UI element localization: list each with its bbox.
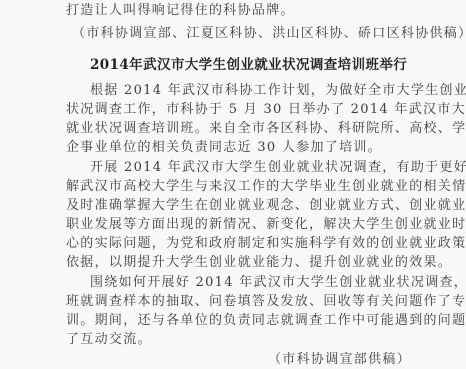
- paragraph-1-line-3: 就业状况调查培训班。来自全市各区科协、科研院所、高校、学会、: [66, 120, 466, 138]
- paragraph-2-line-5: 心的实际问题，为党和政府制定和实施科学有效的创业就业政策提供: [66, 235, 466, 253]
- prev-article-source: （市科协调宣部、江夏区科协、洪山区科协、硚口区科协供稿）: [72, 25, 466, 43]
- paragraph-1-line-4: 企事业单位的相关负责同志近 30 人参加了培训。: [66, 139, 382, 157]
- paragraph-2-line-3: 及时准确掌握大学生在创业就业观念、创业就业方式、创业就业环境、: [66, 197, 466, 215]
- paragraph-2-line-1: 开展 2014 年武汉市大学生创业就业状况调查，有助于更好地了: [90, 159, 466, 177]
- document-page: 打造让人叫得响记得住的科协品牌。 （市科协调宣部、江夏区科协、洪山区科协、硚口区…: [0, 0, 466, 369]
- prev-article-closing-line: 打造让人叫得响记得住的科协品牌。: [66, 2, 295, 20]
- paragraph-3-line-3: 训。期间，还与各单位的负责同志就调查工作中可能遇到的问题进行: [66, 312, 466, 330]
- paragraph-3-line-4: 了互动交流。: [66, 331, 152, 349]
- paragraph-3-line-1: 围绕如何开展好 2014 年武汉市大学生创业就业状况调查，培训: [90, 274, 466, 292]
- paragraph-1-line-1: 根据 2014 年武汉市科协工作计划，为做好全市大学生创业就业: [90, 82, 466, 100]
- article-title: 2014年武汉市大学生创业就业状况调查培训班举行: [90, 53, 407, 73]
- paragraph-2-line-6: 依据，以期提升大学生创业就业能力、提升创业就业的效果。: [66, 254, 452, 272]
- article-source: （市科协调宣部供稿）: [268, 351, 411, 369]
- paragraph-3-line-2: 班就调查样本的抽取、问卷填答及发放、回收等有关问题作了专业培: [66, 293, 466, 311]
- paragraph-1-line-2: 状况调查工作，市科协于 5 月 30 日举办了 2014 年武汉市大学生创业: [66, 101, 466, 119]
- paragraph-2-line-2: 解武汉市高校大学生与来汉工作的大学毕业生创业就业的相关情况，: [66, 178, 466, 196]
- paragraph-2-line-4: 职业发展等方面出现的新情况、新变化，解决大学生创业就业时所关: [66, 216, 466, 234]
